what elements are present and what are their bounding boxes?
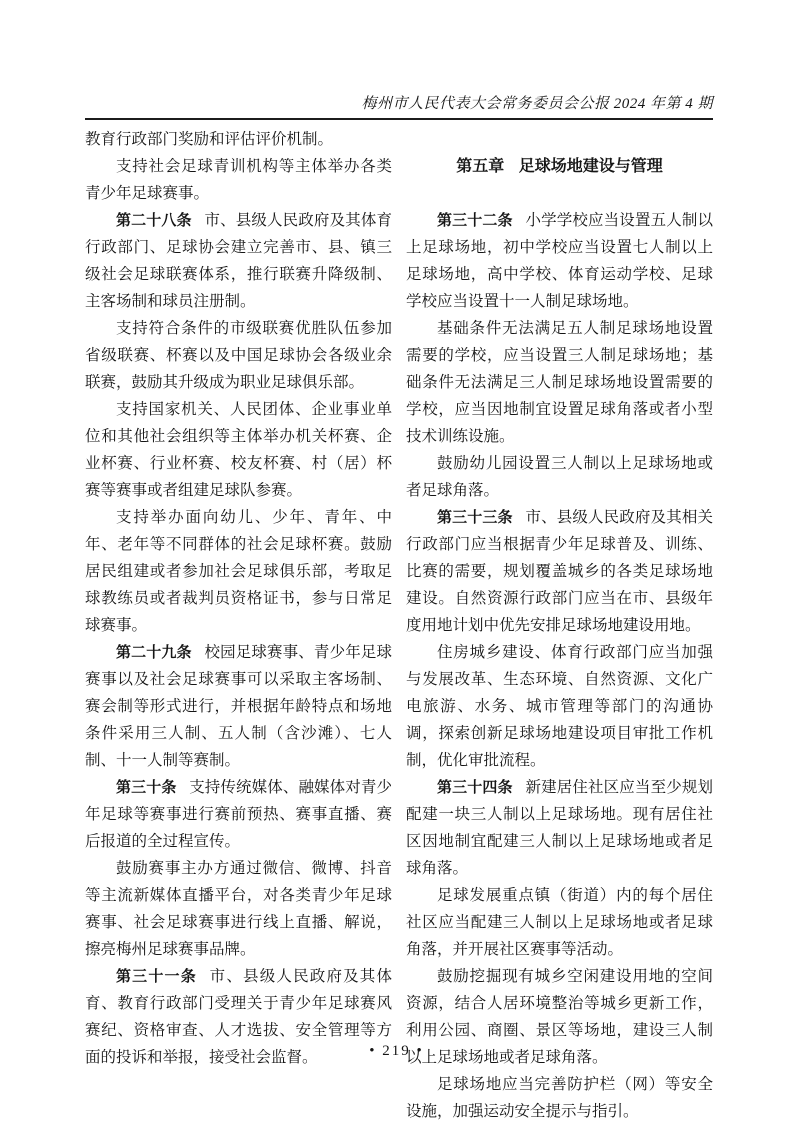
paragraph: 足球发展重点镇（街道）内的每个居住社区应当配建三人制以上足球场地或者足球角落，并… — [406, 882, 713, 963]
body-columns: 教育行政部门奖励和评估评价机制。支持社会足球青训机构等主体举办各类青少年足球赛事… — [85, 120, 713, 1122]
running-header-text: 梅州市人民代表大会常务委员会公报 2024 年第 4 期 — [361, 96, 713, 112]
paragraph-text: 基础条件无法满足五人制足球场地设置需要的学校，应当设置三人制足球场地；基础条件无… — [406, 320, 713, 445]
article-number: 第二十八条 — [116, 212, 204, 229]
article-number: 第三十条 — [116, 779, 189, 796]
paragraph: 支持国家机关、人民团体、企业事业单位和其他社会组织等主体举办机关杯赛、企业杯赛、… — [85, 396, 392, 504]
page-footer: • 219 • — [0, 1040, 793, 1062]
page-number: • 219 • — [369, 1043, 424, 1059]
paragraph-text: 市、县级人民政府及其相关行政部门应当根据青少年足球普及、训练、比赛的需要，规划覆… — [406, 509, 713, 634]
paragraph: 第三十二条小学学校应当设置五人制以上足球场地，初中学校应当设置七人制以上足球场地… — [406, 207, 713, 315]
chapter-heading: 第五章足球场地建设与管理 — [406, 153, 713, 180]
paragraph-text: 鼓励赛事主办方通过微信、微博、抖音等主流新媒体直播平台，对各类青少年足球赛事、社… — [85, 860, 392, 958]
article-number: 第三十三条 — [437, 509, 525, 526]
paragraph-text: 住房城乡建设、体育行政部门应当加强与发展改革、生态环境、自然资源、文化广电旅游、… — [406, 644, 713, 769]
paragraph: 第三十三条市、县级人民政府及其相关行政部门应当根据青少年足球普及、训练、比赛的需… — [406, 504, 713, 639]
paragraph: 教育行政部门奖励和评估评价机制。 — [85, 126, 392, 153]
chapter-label: 第五章 — [456, 158, 504, 175]
paragraph: 住房城乡建设、体育行政部门应当加强与发展改革、生态环境、自然资源、文化广电旅游、… — [406, 639, 713, 774]
paragraph-text: 校园足球赛事、青少年足球赛事以及社会足球赛事可以采取主客场制、赛会制等形式进行，… — [85, 644, 392, 769]
paragraph: 鼓励幼儿园设置三人制以上足球场地或者足球角落。 — [406, 450, 713, 504]
paragraph: 第三十条支持传统媒体、融媒体对青少年足球等赛事进行赛前预热、赛事直播、赛后报道的… — [85, 774, 392, 855]
document-page: 梅州市人民代表大会常务委员会公报 2024 年第 4 期 教育行政部门奖励和评估… — [0, 0, 793, 1122]
paragraph: 第三十四条新建居住社区应当至少规划配建一块三人制以上足球场地。现有居住社区因地制… — [406, 774, 713, 882]
paragraph-text: 足球场地应当完善防护栏（网）等安全设施，加强运动安全提示与指引。 — [406, 1076, 713, 1120]
paragraph-text: 支持社会足球青训机构等主体举办各类青少年足球赛事。 — [85, 158, 392, 202]
paragraph-text: 支持符合条件的市级联赛优胜队伍参加省级联赛、杯赛以及中国足球协会各级业余联赛，鼓… — [85, 320, 392, 391]
paragraph: 支持举办面向幼儿、少年、青年、中年、老年等不同群体的社会足球杯赛。鼓励居民组建或… — [85, 504, 392, 639]
paragraph: 鼓励赛事主办方通过微信、微博、抖音等主流新媒体直播平台，对各类青少年足球赛事、社… — [85, 855, 392, 963]
chapter-title: 足球场地建设与管理 — [519, 158, 663, 175]
paragraph: 支持社会足球青训机构等主体举办各类青少年足球赛事。 — [85, 153, 392, 207]
paragraph: 足球场地应当完善防护栏（网）等安全设施，加强运动安全提示与指引。 — [406, 1071, 713, 1122]
article-number: 第三十二条 — [437, 212, 525, 229]
article-number: 第二十九条 — [116, 644, 204, 661]
paragraph-text: 足球发展重点镇（街道）内的每个居住社区应当配建三人制以上足球场地或者足球角落，并… — [406, 887, 713, 958]
paragraph-text: 教育行政部门奖励和评估评价机制。 — [85, 131, 333, 148]
paragraph: 基础条件无法满足五人制足球场地设置需要的学校，应当设置三人制足球场地；基础条件无… — [406, 315, 713, 450]
article-number: 第三十一条 — [116, 968, 210, 985]
right-column-paragraphs: 第三十二条小学学校应当设置五人制以上足球场地，初中学校应当设置七人制以上足球场地… — [406, 207, 713, 1122]
paragraph: 第二十八条市、县级人民政府及其体育行政部门、足球协会建立完善市、县、镇三级社会足… — [85, 207, 392, 315]
content-area: 梅州市人民代表大会常务委员会公报 2024 年第 4 期 教育行政部门奖励和评估… — [85, 92, 713, 1122]
paragraph: 支持符合条件的市级联赛优胜队伍参加省级联赛、杯赛以及中国足球协会各级业余联赛，鼓… — [85, 315, 392, 396]
article-number: 第三十四条 — [437, 779, 525, 796]
paragraph-text: 支持举办面向幼儿、少年、青年、中年、老年等不同群体的社会足球杯赛。鼓励居民组建或… — [85, 509, 392, 634]
paragraph-text: 鼓励幼儿园设置三人制以上足球场地或者足球角落。 — [406, 455, 713, 499]
left-column: 教育行政部门奖励和评估评价机制。支持社会足球青训机构等主体举办各类青少年足球赛事… — [85, 126, 392, 1122]
paragraph: 第二十九条校园足球赛事、青少年足球赛事以及社会足球赛事可以采取主客场制、赛会制等… — [85, 639, 392, 774]
right-column: 第五章足球场地建设与管理 第三十二条小学学校应当设置五人制以上足球场地，初中学校… — [406, 126, 713, 1122]
running-header: 梅州市人民代表大会常务委员会公报 2024 年第 4 期 — [85, 92, 713, 116]
paragraph-text: 支持国家机关、人民团体、企业事业单位和其他社会组织等主体举办机关杯赛、企业杯赛、… — [85, 401, 392, 499]
